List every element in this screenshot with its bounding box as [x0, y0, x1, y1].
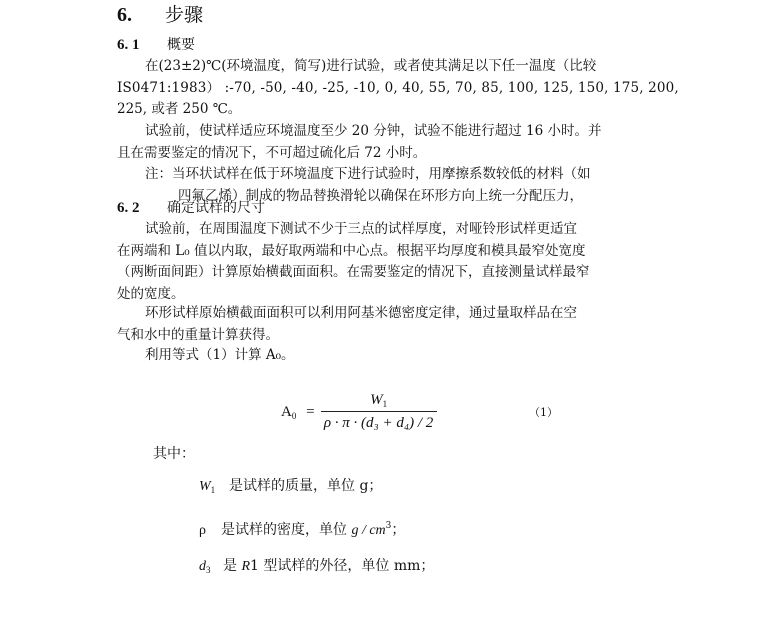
paragraph-line: 在(23±2)℃(环境温度，简写)进行试验，或者使其满足以下任一温度（比较: [117, 56, 663, 78]
fraction-denominator: ρ · π · (d₃ + d₄) / 2: [324, 412, 433, 432]
variable-description: 是试样的质量，单位 g；: [229, 478, 382, 494]
numerator-symbol: W: [370, 392, 383, 408]
paragraph-line: 利用等式（1）计算 A₀。: [117, 345, 663, 367]
paragraph-conditioning: 试验前，使试样适应环境温度至少 20 分钟，试验不能进行超过 16 小时。并 且…: [117, 121, 663, 164]
paragraph-line: 试验前，在周围温度下测试不少于三点的试样厚度，对哑铃形试样更适宜: [117, 219, 663, 241]
variable-description: 是试样的密度，单位: [221, 522, 351, 538]
paragraph-archimedes: 环形试样原始横截面面积可以利用阿基米德密度定律，通过量取样品在空 气和水中的重量…: [117, 303, 663, 346]
variable-definition-d3: d3是 R1 型试样的外径，单位 mm；: [199, 556, 434, 580]
paragraph-temperature: 在(23±2)℃(环境温度，简写)进行试验，或者使其满足以下任一温度（比较 IS…: [117, 56, 663, 121]
paragraph-line: 环形试样原始横截面面积可以利用阿基米德密度定律，通过量取样品在空: [117, 303, 663, 325]
subsection-heading-6-1: 6. 1概要: [117, 35, 195, 55]
subsection-title: 确定试样的尺寸: [167, 200, 265, 216]
paragraph-line: 在两端和 L₀ 值以内取，最好取两端和中心点。根据平均厚度和模具最窄处宽度: [117, 241, 663, 263]
paragraph-line: 试验前，使试样适应环境温度至少 20 分钟，试验不能进行超过 16 小时。并: [117, 121, 663, 143]
subsection-heading-6-2: 6. 2确定试样的尺寸: [117, 198, 265, 218]
section-title: 步骤: [165, 4, 203, 26]
fraction-numerator: W1: [366, 392, 391, 411]
section-number: 6.: [117, 2, 165, 28]
equals-sign: =: [306, 404, 314, 420]
variable-symbol: d3: [199, 557, 223, 580]
paragraph-use-equation: 利用等式（1）计算 A₀。: [117, 345, 663, 367]
variable-definition-rho: ρ是试样的密度，单位 g / cm3；: [199, 516, 405, 541]
symbol-text: d: [199, 559, 206, 574]
description-tail: ；: [391, 522, 405, 538]
paragraph-line: 225, 或者 250 ℃。: [117, 99, 663, 121]
equation-number: （1）: [529, 404, 558, 420]
equation-lhs: A0 =: [281, 404, 315, 421]
paragraph-thickness: 试验前，在周围温度下测试不少于三点的试样厚度，对哑铃形试样更适宜 在两端和 L₀…: [117, 219, 663, 305]
paragraph-line: IS0471:1983） :-70, -50, -40, -25, -10, 0…: [117, 78, 663, 100]
fraction: W1 ρ · π · (d₃ + d₄) / 2: [321, 392, 437, 432]
lhs-subscript: 0: [292, 411, 297, 421]
type-italic: R: [241, 557, 250, 577]
variable-description: 1 型试样的外径，单位 mm；: [250, 558, 434, 574]
numerator-subscript: 1: [383, 399, 388, 409]
description-prefix: 是: [223, 558, 241, 574]
symbol-subscript: 3: [206, 565, 211, 575]
variable-definition-w1: W1是试样的质量，单位 g；: [199, 476, 382, 500]
subsection-number: 6. 1: [117, 35, 167, 55]
lhs-symbol: A: [281, 404, 292, 420]
subsection-title: 概要: [167, 37, 195, 53]
subsection-number: 6. 2: [117, 198, 167, 218]
paragraph-line: 且在需要鉴定的情况下，不可超过硫化后 72 小时。: [117, 143, 663, 165]
note-line: 注：当环状试样在低于环境温度下进行试验时，用摩擦系数较低的材料（如: [117, 164, 663, 186]
symbol-subscript: 1: [211, 485, 216, 495]
paragraph-line: 处的宽度。: [117, 284, 663, 306]
variable-symbol: ρ: [199, 521, 221, 541]
paragraph-line: （两断面间距）计算原始横截面面积。在需要鉴定的情况下，直接测量试样最窄: [117, 262, 663, 284]
variable-symbol: W1: [199, 477, 229, 500]
equation-1: A0 = W1 ρ · π · (d₃ + d₄) / 2: [281, 392, 437, 432]
paragraph-line: 气和水中的重量计算获得。: [117, 325, 663, 347]
where-label: 其中：: [153, 444, 195, 464]
section-heading: 6.步骤: [117, 2, 203, 28]
unit: g / cm: [351, 523, 385, 538]
symbol-text: W: [199, 479, 211, 494]
